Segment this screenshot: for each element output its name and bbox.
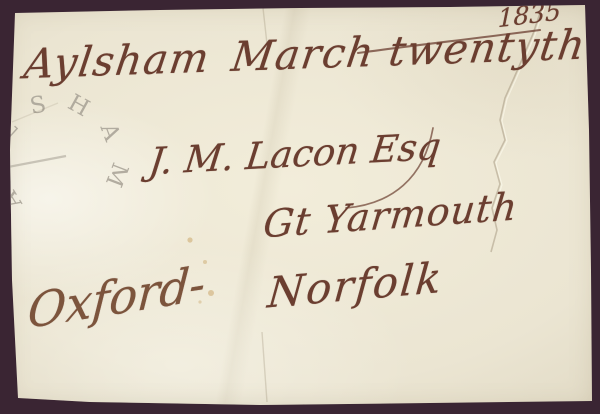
recipient-name: J. M. Lacon Esq <box>147 125 444 184</box>
postmark-text: AYLSHAM <box>0 88 133 215</box>
fold-crease-left <box>12 103 58 122</box>
frank-signature: Oxford- <box>26 256 207 340</box>
fold-crease-bottom <box>262 332 267 402</box>
photo-backdrop: AYLSHAM AylshamMarch t <box>0 0 600 414</box>
dateline-place: Aylsham <box>21 34 213 89</box>
aylsham-postmark: AYLSHAM <box>0 88 133 215</box>
postmark-center-dash <box>8 156 66 167</box>
recipient-county: Norfolk <box>266 253 445 318</box>
recipient-town: Gt Yarmouth <box>261 184 520 246</box>
postal-cover: AYLSHAM AylshamMarch t <box>0 0 600 414</box>
svg-text:AYLSHAM: AYLSHAM <box>0 88 133 215</box>
